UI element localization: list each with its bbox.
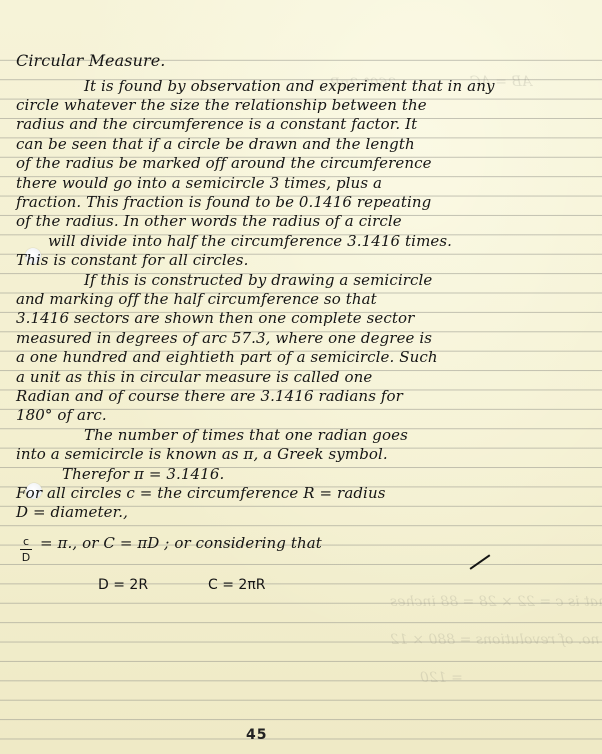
text-line: will divide into half the circumference … (48, 232, 452, 251)
text-line: radius and the circumference is a consta… (16, 115, 417, 134)
bleed-through-text: That is c = 22 × 28 = 88 inches (390, 594, 602, 610)
text-line: a one hundred and eightieth part of a se… (16, 348, 438, 367)
page-title: Circular Measure. (16, 51, 165, 70)
text-line: This is constant for all circles. (16, 251, 248, 270)
fraction-bar (20, 549, 32, 550)
text-line: 3.1416 sectors are shown then one comple… (16, 309, 414, 328)
text-line: circle whatever the size the relationshi… (16, 96, 427, 115)
text-line: and marking off the half circumference s… (16, 290, 377, 309)
bleed-through-text: = 120 (420, 670, 463, 686)
text-line: 180° of arc. (16, 406, 107, 425)
page-number: 45 (246, 727, 267, 743)
text-line: If this is constructed by drawing a semi… (84, 271, 432, 290)
fraction-denominator: D (22, 552, 30, 563)
text-line: The number of times that one radian goes (84, 426, 408, 445)
text-line: It is found by observation and experimen… (84, 77, 495, 96)
text-line: into a semicircle is known as π, a Greek… (16, 445, 388, 464)
formula-line: = π., or C = πD ; or considering that (40, 534, 322, 553)
notebook-page: AB = AC 360° 2πR That is c = 22 × 28 = 8… (0, 0, 602, 754)
text-line: of the radius. In other words the radius… (16, 212, 402, 231)
text-line: Radian and of course there are 3.1416 ra… (16, 387, 403, 406)
text-line: there would go into a semicircle 3 times… (16, 174, 382, 193)
text-line: D = diameter., (16, 503, 128, 522)
fraction-c-over-d: c D (20, 536, 32, 563)
formula-diameter: D = 2R (98, 577, 148, 593)
text-line: For all circles c = the circumference R … (16, 484, 386, 503)
text-line: can be seen that if a circle be drawn an… (16, 135, 415, 154)
text-line: measured in degrees of arc 57.3, where o… (16, 329, 432, 348)
text-line: fraction. This fraction is found to be 0… (16, 193, 431, 212)
text-line: Therefor π = 3.1416. (62, 465, 224, 484)
formula-circumference: C = 2πR (208, 577, 265, 593)
fraction-numerator: c (23, 536, 29, 547)
bleed-through-text: ∴ no. of revolutions = 880 × 12 (390, 632, 602, 648)
text-line: of the radius be marked off around the c… (16, 154, 432, 173)
text-line: a unit as this in circular measure is ca… (16, 368, 372, 387)
